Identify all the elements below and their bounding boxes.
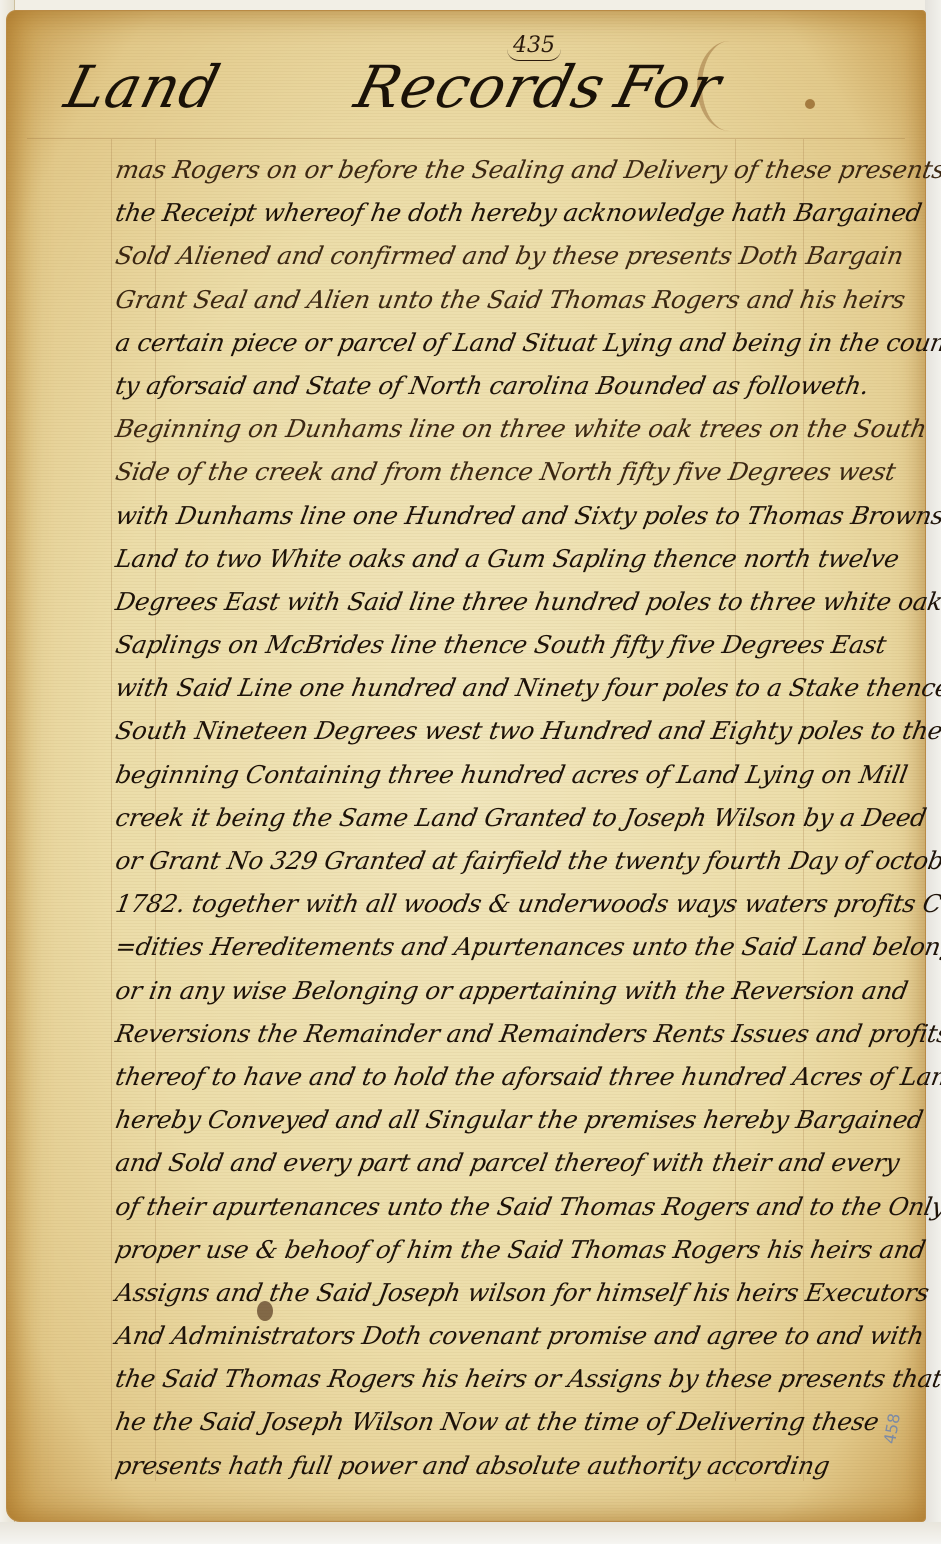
text-line: the Said Thomas Rogers his heirs or Assi…	[112, 1357, 925, 1400]
text-line: Reversions the Remainder and Remainders …	[112, 1012, 925, 1055]
backing-sheet-edge	[925, 0, 941, 1544]
page-number: 435	[507, 33, 561, 61]
text-line: Saplings on McBrides line thence South f…	[112, 623, 925, 666]
text-line: Degrees East with Said line three hundre…	[112, 580, 925, 623]
scanned-manuscript: Land Records For 435 mas Rogers on or be…	[0, 0, 941, 1544]
text-line: Side of the creek and from thence North …	[112, 450, 925, 493]
deed-text: mas Rogers on or before the Sealing and …	[112, 148, 917, 1487]
title-word-for: For	[609, 53, 729, 121]
title-word-land: Land	[59, 53, 228, 121]
text-line: he the Said Joseph Wilson Now at the tim…	[112, 1400, 925, 1443]
text-line: 1782. together with all woods & underwoo…	[112, 882, 925, 925]
text-line: And Administrators Doth covenant promise…	[112, 1314, 925, 1357]
text-line: Assigns and the Said Joseph wilson for h…	[112, 1271, 925, 1314]
text-line: with Dunhams line one Hundred and Sixty …	[112, 494, 925, 537]
text-line: beginning Containing three hundred acres…	[112, 753, 925, 796]
text-line: the Receipt whereof he doth hereby ackno…	[112, 191, 925, 234]
text-line: Beginning on Dunhams line on three white…	[112, 407, 925, 450]
text-line: or Grant No 329 Granted at fairfield the…	[112, 839, 925, 882]
text-line: proper use & behoof of him the Said Thom…	[112, 1228, 925, 1271]
text-line: creek it being the Same Land Granted to …	[112, 796, 925, 839]
text-line: Grant Seal and Alien unto the Said Thoma…	[112, 278, 925, 321]
text-line: with Said Line one hundred and Ninety fo…	[112, 666, 925, 709]
text-line: hereby Conveyed and all Singular the pre…	[112, 1098, 925, 1141]
text-line: mas Rogers on or before the Sealing and …	[112, 148, 925, 191]
text-line: thereof to have and to hold the aforsaid…	[112, 1055, 925, 1098]
text-line: ty aforsaid and State of North carolina …	[112, 364, 925, 407]
bottom-sheet-edge	[0, 1522, 941, 1544]
text-line: and Sold and every part and parcel there…	[112, 1141, 925, 1184]
text-line: =dities Hereditements and Apurtenances u…	[112, 925, 925, 968]
text-line: Land to two White oaks and a Gum Sapling…	[112, 537, 925, 580]
text-line: Sold Aliened and confirmed and by these …	[112, 234, 925, 277]
page-header: Land Records For	[47, 29, 807, 139]
text-line: or in any wise Belonging or appertaining…	[112, 969, 925, 1012]
text-line: a certain piece or parcel of Land Situat…	[112, 321, 925, 364]
text-line: of their apurtenances unto the Said Thom…	[112, 1185, 925, 1228]
text-line: South Nineteen Degrees west two Hundred …	[112, 709, 925, 752]
text-line: presents hath full power and absolute au…	[112, 1444, 925, 1487]
title-word-records: Records	[349, 53, 613, 121]
